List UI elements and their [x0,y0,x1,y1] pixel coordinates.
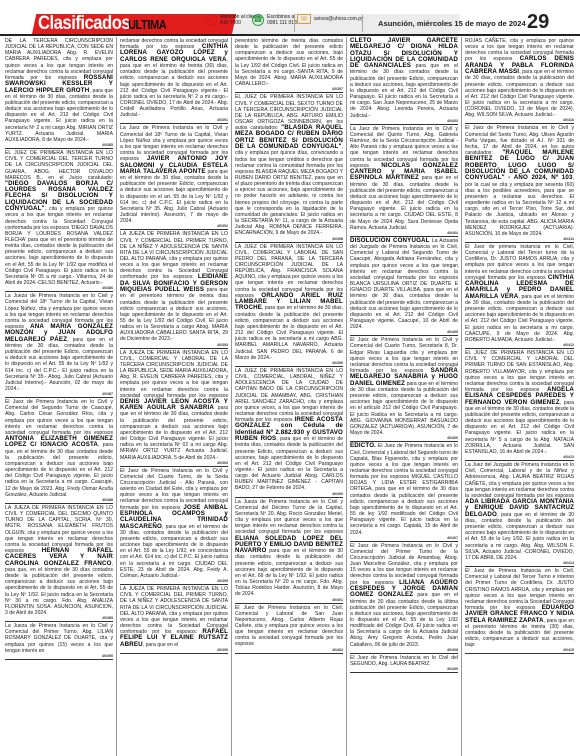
legal-notice: ROJAS CAÑETE, cita y emplaza por quince … [465,37,574,124]
notice-reference-code: 40/415 [465,648,574,652]
legal-notice: La Jueza de Primera Instancia en lo Civi… [235,498,343,604]
notice-reference-code: 40/389 [5,616,113,620]
notice-text: , cita y emplaza por quince días, convoc… [235,144,343,236]
contact-phone-value: 415 7000 [220,20,241,26]
notice-text: La Juez del Juzgado de Primera Instancia… [465,462,574,499]
notice-reference-code: 40/398 [235,237,343,241]
contact-email-value: avisos@uhora.com.py [314,16,364,22]
legal-notice: El Juez de Primera Instancia en lo Civil… [350,654,458,673]
notice-reference-code: 40/410 [465,118,574,122]
notice-text: , para que en el término de treinta (30)… [120,57,228,119]
notice-reference-code: 40/412 [465,343,574,347]
notice-text: , por la cual se cita y emplaza por sese… [465,175,574,237]
notice-text: El Juez de Primera Instancia en lo Civil… [235,605,343,648]
legal-notice: La Juez del Juzgado de Primera Instancia… [465,461,574,567]
notice-text: , para que en el término de 30 días, con… [465,512,574,561]
whatsapp-icon: ☎ [252,14,264,26]
notice-party-names: ANTONIA ELIZABETH GIMENEZ LOPEZ C/ IGNAC… [5,435,113,448]
phone-icon: ✆ [205,14,217,26]
legal-notice: El Juez de Primera Instancia en lo Civil… [5,398,113,504]
notice-party-names: DENIS JAVIER LEON ACOSTA Y KAREN AGUILAR… [120,398,228,411]
notice-text: , para que en el [143,642,178,648]
notice-reference-code: 40/395 [120,579,228,583]
column-5: ROJAS CAÑETE, cita y emplaza por quince … [462,37,577,756]
legal-notice: EL JUEZ DE PRIMERA INSTANCIA EN LO CIVIL… [465,349,574,461]
notice-text: , para que en el término de 30 días, con… [465,294,574,343]
legal-notice: La Jueza de Primera Instancia en lo Civi… [5,622,113,660]
notice-text: para que en el término de 30 días contad… [350,592,458,647]
legal-notice: El Juez de Primera Instancia en lo Civil… [350,336,458,442]
section-title: Clasificados [38,13,130,35]
notice-text: perentorio término de treinta días conta… [235,38,343,87]
notice-text: para que en el término de 30 días, conta… [350,175,458,230]
notice-reference-code: 40/397 [235,87,343,91]
legal-notice: El Juez de Primera Instancia en lo Civil… [465,124,574,243]
notice-reference-code: 40/413 [465,455,574,459]
notice-reference-code: 40/402 [235,648,343,652]
notice-text: , para que en el término de 30 días, con… [5,337,113,392]
legal-notice: La Jueza de Primera Instancia en lo Civi… [5,292,113,398]
column-4: CLETO JAVIER GARCETE MELGAREJO C/ DIGNA … [347,37,462,756]
legal-notice: perentorio término de treinta días conta… [235,37,343,93]
notice-text: , para que, en el término de 30 días con… [5,442,113,497]
notice-text: El Juez de Primera Instancia en lo Civil… [350,655,458,667]
notice-reference-code: 40/385 [5,143,113,147]
notice-reference-code: 40/408 [350,648,458,652]
classifieds-columns: DE LA TERCERA CIRCUNSCRIPCION JUDICIAL D… [2,37,578,756]
notice-reference-code: 40/386 [5,286,113,290]
legal-notice: La Juez de Primera Instancia en lo Civil… [120,124,228,230]
notice-reference-code: 40/409 [350,667,458,671]
notice-text: para que en el término de 30 días contad… [350,63,458,118]
divider [294,15,295,32]
page-header: Clasificados ULTIMAHORA ✆ Atención al cl… [0,0,580,34]
contact-whatsapp: ☎ Escribinos al0981 111 013 [252,14,297,26]
notice-text: para que en el término de 30 días, conta… [120,169,228,224]
notice-text: para que en el perentorio término de tre… [120,287,228,342]
legal-notice: El Juez de Primera Instancia en lo Civil… [235,604,343,654]
notice-reference-code: 40/388 [5,498,113,502]
notice-reference-code: 40/391 [120,118,228,122]
notice-reference-code: 40/400 [235,492,343,496]
notice-party-names: EDICTO. [350,442,376,449]
notice-reference-code: 40/406 [350,436,458,440]
notice-text: para que en el término de 30 días, conta… [120,405,228,460]
legal-notice: El Juez de Primera Instancia en lo Civil… [120,467,228,585]
notice-text: para que en el término de 30 días contad… [350,381,458,436]
notice-reference-code: 40/387 [5,392,113,396]
column-2: reclamar derechos contra la sociedad con… [117,37,232,756]
legal-notice: El Juez de primera instancia en lo Civil… [465,243,574,349]
notice-text: LA JUEZA DE PRIMERA INSTANCIA EN LO CIVI… [120,350,228,399]
notice-text: La Jueza de Primera Instancia en lo Civi… [235,499,343,536]
notice-reference-code: 40/390 [5,654,113,658]
notice-reference-code: 40/407 [350,536,458,540]
notice-party-names: DISOLUCIÓN CONYUGAL [350,237,430,244]
legal-notice: DISOLUCIÓN CONYUGAL La Actuaria del Juzg… [350,237,458,336]
legal-notice: El Juez de Primera Instancia en lo Civil… [465,567,574,654]
notice-reference-code: 40/401 [235,598,343,602]
column-3: perentorio término de treinta días conta… [232,37,347,756]
legal-notice: LA JUEZ DE PRIMERA INSTANCIA EN LO CIVIL… [235,367,343,498]
notice-text: La Actuaria del Juzgado de Primera Insta… [350,238,458,330]
logo-part-ultima: ULTIMA [128,17,166,32]
notice-text: , para que en el término de 30 días, con… [235,305,343,360]
dateline: Asunción, miércoles 15 de mayo de 2024 [378,19,526,28]
logo-part-hora: HORA [166,17,197,32]
notice-text: , cita y emplaza por quince veces a los … [5,206,113,286]
notice-text: , para que en el término de 30 días, con… [465,400,574,455]
notice-text: LA JUEZ DE PRIMERA INSTANCIA EN LO CIVIL… [235,368,343,423]
legal-notice: EDICTO. El Juez de Primera Instancia en … [350,442,458,541]
legal-notice: LA JUEZA DE PRIMERA INSTANCIA EN LO CIVI… [120,230,228,348]
newspaper-logo: ULTIMAHORA [128,17,197,32]
page-number: 29 [527,11,549,34]
notice-text: El Juez de Primera Instancia en lo Civil… [350,443,458,535]
notice-text: La Jueza de Primera Instancia en lo Civi… [5,623,113,654]
legal-notice: LA JUEZA DE PRIMERA INSTANCIA EN LO CIVI… [5,504,113,622]
notice-text: , para que en el término de treinta días… [235,436,343,491]
notice-text: LA JUEZ DE PRIMERA INSTANCIA EN LO CIVIL… [235,244,343,299]
notice-reference-code: 40/393 [120,343,228,347]
legal-notice: DE LA TERCERA CIRCUNSCRIPCION JUDICIAL D… [5,37,113,149]
legal-notice: EL JUEZ DE PRIMERA INSTANCIA EN LO CIVIL… [235,93,343,242]
notice-text: , para que en el término de 30 días, con… [120,524,228,579]
notice-text: EL JUEZ DE PRIMERA INSTANCIA EN LO CIVIL… [5,150,113,181]
column-1: DE LA TERCERA CIRCUNSCRIPCION JUDICIAL D… [2,37,117,756]
divider [362,15,363,32]
notice-reference-code: 40/394 [120,461,228,465]
notice-reference-code: 40/411 [465,237,574,241]
legal-notice: El Juez de Primera Instancia en lo Civil… [350,542,458,654]
legal-notice: La Juez de Primera Instancia en lo Civil… [350,125,458,237]
header-rule [0,34,580,36]
legal-notice: LA JUEZ DE PRIMERA INSTANCIA EN LO CIVIL… [235,243,343,367]
notice-reference-code: 40/404 [350,231,458,235]
envelope-icon: ✉ [297,14,311,24]
notice-text: El Juez de Primera Instancia en lo Civil… [5,399,113,436]
legal-notice: reclamar derechos contra la sociedad con… [120,37,228,124]
contact-email: ✉ avisos@uhora.com.py [297,14,364,24]
notice-reference-code: 40/405 [350,330,458,334]
notice-text: , para que, en el término de 30 días con… [5,561,113,616]
legal-notice: LA JUEZA DE PRIMERA INSTANCIA EN LO CIVI… [120,349,228,467]
notice-text: , para que en el término de 30 días, con… [5,88,113,143]
legal-notice: EL JUEZ DE PRIMERA INSTANCIA EN LO CIVIL… [5,149,113,292]
legal-notice: LA JUEZA DE PRIMERA INSTANCIA EN LO CIVI… [120,585,228,654]
notice-reference-code: 40/392 [120,224,228,228]
notice-reference-code: 40/403 [350,119,458,123]
notice-text: para que en el término de 30 días contad… [235,548,343,597]
notice-text: , para que en el término de 30 días, con… [465,69,574,118]
legal-notice: CLETO JAVIER GARCETE MELGAREJO C/ DIGNA … [350,37,458,125]
notice-reference-code: 40/414 [465,561,574,565]
contact-whatsapp-value: 0981 111 013 [267,20,297,26]
notice-reference-code: 40/396 [120,648,228,652]
notice-reference-code: 40/399 [235,361,343,365]
